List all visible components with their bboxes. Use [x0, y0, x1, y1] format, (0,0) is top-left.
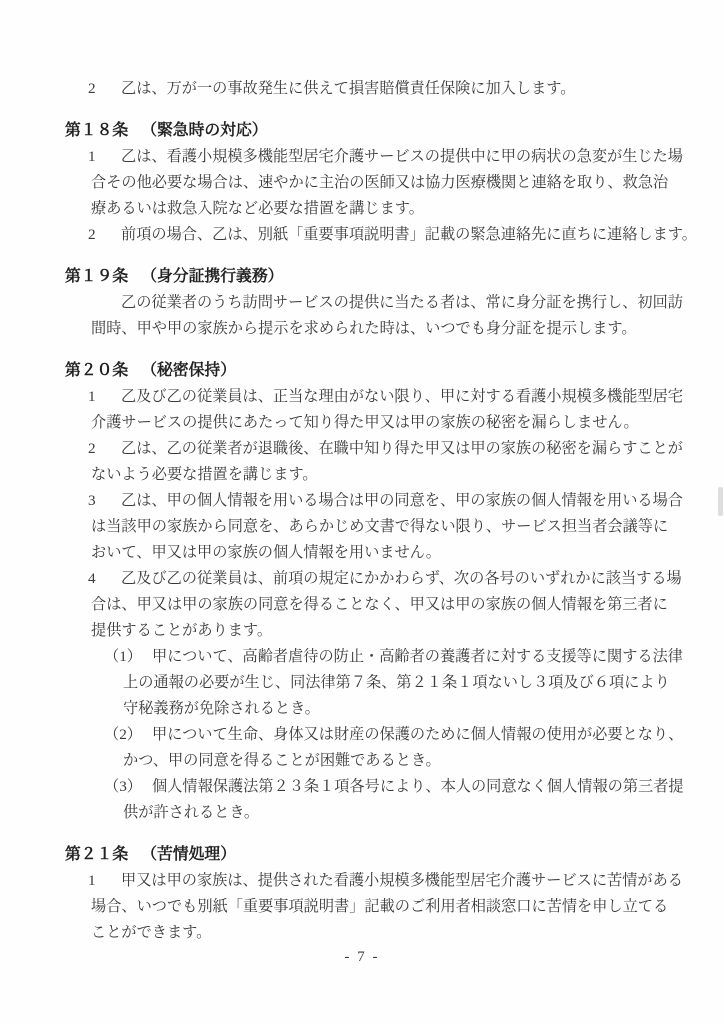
clause-line: 1乙は、看護小規模多機能型居宅介護サービスの提供中に甲の病状の急変が生じた場 — [65, 144, 690, 170]
article-heading-19: 第１９条（身分証携行義務） — [65, 264, 690, 290]
clause-text: 乙は、乙の従業者が退職後、在職中知り得た甲又は甲の家族の秘密を漏らすことが — [121, 440, 683, 457]
clause-number: 2 — [88, 222, 121, 248]
article-number: 第１８条 — [65, 122, 128, 139]
article-number: 第２０条 — [65, 362, 128, 379]
clause-line: 1乙及び乙の従業員は、正当な理由がない限り、甲に対する看護小規模多機能型居宅 — [65, 384, 690, 410]
clause-text: 乙は、万が一の事故発生に供えて損害賠償責任保険に加入します。 — [121, 80, 575, 97]
article-heading-18: 第１８条（緊急時の対応） — [65, 118, 690, 144]
clause-text: 甲について、高齢者虐待の防止・高齢者の養護者に対する支援等に関する法律 — [152, 648, 683, 665]
clause-item: 2乙は、万が一の事故発生に供えて損害賠償責任保険に加入します。 — [65, 76, 690, 102]
clause-item: 1乙は、看護小規模多機能型居宅介護サービスの提供中に甲の病状の急変が生じた場 合… — [65, 144, 690, 222]
clause-line: （2）甲について生命、身体又は財産の保護のために個人情報の使用が必要となり、 — [65, 722, 690, 748]
sub-clause-number: （1） — [104, 644, 152, 670]
article-title: （身分証携行義務） — [141, 268, 283, 285]
clause-item: 1乙及び乙の従業員は、正当な理由がない限り、甲に対する看護小規模多機能型居宅 介… — [65, 384, 690, 436]
scan-edge-artifact — [718, 487, 723, 516]
clause-item: 3乙は、甲の個人情報を用いる場合は甲の同意を、甲の家族の個人情報を用いる場合 は… — [65, 488, 690, 566]
clause-item: 2前項の場合、乙は、別紙「重要事項説明書」記載の緊急連絡先に直ちに連絡します。 — [65, 222, 690, 248]
clause-line: 療あるいは救急入院など必要な措置を講じます。 — [65, 196, 690, 222]
clause-text: 乙は、看護小規模多機能型居宅介護サービスの提供中に甲の病状の急変が生じた場 — [121, 148, 683, 165]
clause-number: 4 — [88, 566, 121, 592]
clause-number: 1 — [88, 384, 121, 410]
article-number: 第２１条 — [65, 846, 128, 863]
clause-line: 2前項の場合、乙は、別紙「重要事項説明書」記載の緊急連絡先に直ちに連絡します。 — [65, 222, 690, 248]
article-heading-21: 第２１条（苦情処理） — [65, 842, 690, 868]
clause-line: 場合、いつでも別紙「重要事項説明書」記載のご利用者相談窓口に苦情を申し立てる — [65, 894, 690, 920]
article-title: （秘密保持） — [141, 362, 236, 379]
sub-clause-item: （1）甲について、高齢者虐待の防止・高齢者の養護者に対する支援等に関する法律 上… — [65, 644, 690, 722]
article-heading-20: 第２０条（秘密保持） — [65, 358, 690, 384]
sub-clause-item: （3）個人情報保護法第２３条１項各号により、本人の同意なく個人情報の第三者提 供… — [65, 774, 690, 826]
clause-item: 2乙は、乙の従業者が退職後、在職中知り得た甲又は甲の家族の秘密を漏らすことが な… — [65, 436, 690, 488]
clause-paragraph: 乙の従業者のうち訪問サービスの提供に当たる者は、常に身分証を携行し、初回訪 間時… — [65, 290, 690, 342]
clause-line: は当該甲の家族から同意を、あらかじめ文書で得ない限り、サービス担当者会議等に — [65, 514, 690, 540]
sub-clause-number: （3） — [104, 774, 152, 800]
clause-line: 4乙及び乙の従業員は、前項の規定にかかわらず、次の各号のいずれかに該当する場 — [65, 566, 690, 592]
clause-text: 乙は、甲の個人情報を用いる場合は甲の同意を、甲の家族の個人情報を用いる場合 — [121, 492, 683, 509]
article-title: （緊急時の対応） — [141, 122, 267, 139]
clause-text: 乙及び乙の従業員は、前項の規定にかかわらず、次の各号のいずれかに該当する場 — [121, 570, 682, 587]
clause-text: 甲について生命、身体又は財産の保護のために個人情報の使用が必要となり、 — [152, 726, 683, 743]
clause-text: 甲又は甲の家族は、提供された看護小規模多機能型居宅介護サービスに苦情がある — [121, 872, 683, 889]
article-number: 第１９条 — [65, 268, 128, 285]
contract-page: 2乙は、万が一の事故発生に供えて損害賠償責任保険に加入します。 第１８条（緊急時… — [0, 0, 724, 1024]
clause-line: 2乙は、万が一の事故発生に供えて損害賠償責任保険に加入します。 — [65, 76, 690, 102]
clause-line: 提供することがあります。 — [65, 618, 690, 644]
clause-line: （3）個人情報保護法第２３条１項各号により、本人の同意なく個人情報の第三者提 — [65, 774, 690, 800]
clause-text: 前項の場合、乙は、別紙「重要事項説明書」記載の緊急連絡先に直ちに連絡します。 — [121, 226, 697, 243]
clause-line: ないよう必要な措置を講じます。 — [65, 462, 690, 488]
clause-text: 乙及び乙の従業員は、正当な理由がない限り、甲に対する看護小規模多機能型居宅 — [121, 388, 683, 405]
clause-line: 乙の従業者のうち訪問サービスの提供に当たる者は、常に身分証を携行し、初回訪 — [65, 290, 690, 316]
clause-line: ことができます。 — [65, 920, 690, 946]
clause-line: 守秘義務が免除されるとき。 — [65, 696, 690, 722]
clause-line: （1）甲について、高齢者虐待の防止・高齢者の養護者に対する支援等に関する法律 — [65, 644, 690, 670]
clause-number: 2 — [88, 76, 121, 102]
clause-item: 1甲又は甲の家族は、提供された看護小規模多機能型居宅介護サービスに苦情がある 場… — [65, 868, 690, 946]
clause-number: 1 — [88, 144, 121, 170]
clause-line: 合その他必要な場合は、速やかに主治の医師又は協力医療機関と連絡を取り、救急治 — [65, 170, 690, 196]
clause-text: 個人情報保護法第２３条１項各号により、本人の同意なく個人情報の第三者提 — [152, 778, 684, 795]
clause-number: 3 — [88, 488, 121, 514]
clause-item: 4乙及び乙の従業員は、前項の規定にかかわらず、次の各号のいずれかに該当する場 合… — [65, 566, 690, 644]
clause-number: 2 — [88, 436, 121, 462]
clause-line: 供が許されるとき。 — [65, 800, 690, 826]
clause-line: 上の通報の必要が生じ、同法律第７条、第２１条１項ないし３項及び６項により — [65, 670, 690, 696]
clause-line: 合は、甲又は甲の家族の同意を得ることなく、甲又は甲の家族の個人情報を第三者に — [65, 592, 690, 618]
clause-line: 介護サービスの提供にあたって知り得た甲又は甲の家族の秘密を漏らしません。 — [65, 410, 690, 436]
clause-line: 間時、甲や甲の家族から提示を求められた時は、いつでも身分証を提示します。 — [65, 316, 690, 342]
clause-line: かつ、甲の同意を得ることが困難であるとき。 — [65, 748, 690, 774]
clause-line: 1甲又は甲の家族は、提供された看護小規模多機能型居宅介護サービスに苦情がある — [65, 868, 690, 894]
clause-number: 1 — [88, 868, 121, 894]
page-number: - 7 - — [0, 944, 724, 970]
sub-clause-number: （2） — [104, 722, 152, 748]
clause-line: 2乙は、乙の従業者が退職後、在職中知り得た甲又は甲の家族の秘密を漏らすことが — [65, 436, 690, 462]
clause-line: おいて、甲又は甲の家族の個人情報を用いません。 — [65, 540, 690, 566]
article-title: （苦情処理） — [141, 846, 236, 863]
sub-clause-item: （2）甲について生命、身体又は財産の保護のために個人情報の使用が必要となり、 か… — [65, 722, 690, 774]
clause-line: 3乙は、甲の個人情報を用いる場合は甲の同意を、甲の家族の個人情報を用いる場合 — [65, 488, 690, 514]
